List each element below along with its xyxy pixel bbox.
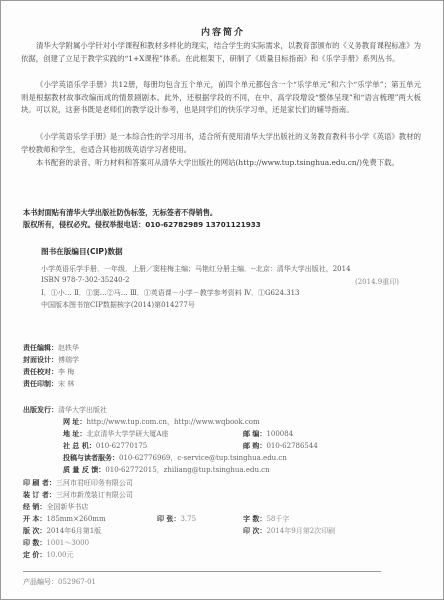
publisher-postcode: 邮 编：100084	[243, 429, 293, 439]
format-line: 开 本：185mm×260mm	[23, 514, 106, 524]
copyright-notice: 版权所有，侵权必究。侵权举报电话：010-62782989 1370112193…	[23, 220, 261, 230]
word-count-line: 字 数：58千字	[243, 514, 289, 524]
impression-line: 印 次：2014年9月第2次印刷	[243, 526, 335, 536]
credit-cover-design: 封面设计：傅瑞学	[23, 355, 79, 365]
summary-paragraph-3: 《小学英语乐学手册》是一本综合性的学习用书，适合所有使用清华大学出版社的义务教育…	[21, 131, 421, 156]
publisher-line: 出版发行：清华大学出版社	[23, 405, 107, 415]
cip-heading: 图书在版编目(CIP)数据	[41, 246, 123, 257]
publisher-reader-service: 投稿与读者服务：010-62776969，c-service@tup.tsing…	[63, 453, 287, 463]
credit-printing-supervisor: 责任印制：宋 林	[23, 379, 74, 389]
cip-line-4: 中国版本图书馆CIP数据核字(2014)第014277号	[41, 300, 195, 310]
binder-line: 装 订 者：三河市新茂装订有限公司	[23, 490, 133, 500]
cip-isbn: ISBN 978-7-302-35240-2	[41, 276, 129, 284]
distributor-line: 经 销：全国新华书店	[23, 502, 88, 512]
edition-line: 版 次：2014年6月第1版	[23, 526, 101, 536]
divider-line	[23, 571, 381, 572]
publisher-mail-order: 邮 购：010-62786544	[243, 441, 318, 451]
copyright-page: 内容简介 清华大学附属小学针对小学课程和教材多样化的现实，结合学生的实际需求，以…	[0, 0, 444, 600]
publisher-address: 地 址：北京清华大学学研大厦A座	[63, 429, 169, 439]
cip-line-3: Ⅰ．①小… Ⅱ．①窦…②马… Ⅲ．①英语课－小学－教学参考资料 Ⅳ．①G624.…	[41, 288, 299, 298]
cip-line-1: 小学英语乐学手册．一年级．上册／窦桂梅主编；马艳红分册主编．--北京：清华大学出…	[41, 264, 351, 274]
sheets-line: 印 张：3.75	[157, 514, 196, 524]
publisher-website: 网 址：http://www.tup.com.cn，http://www.wqb…	[63, 417, 260, 427]
print-run-line: 印 数：1001～3000	[23, 538, 89, 548]
summary-paragraph-1: 清华大学附属小学针对小学课程和教材多样化的现实，结合学生的实际需求，以教育部颁布…	[21, 40, 421, 65]
publisher-switchboard: 社 总 机：010-62770175	[63, 441, 147, 451]
cip-reprint-note: (2014.9重印)	[355, 277, 399, 287]
summary-paragraph-2: 《小学英语乐学手册》共12册，每册均包含五个单元，前四个单元都包含一个“乐学单元…	[21, 79, 421, 117]
publisher-quality-feedback: 质 量 反 馈：010-62772015，zhiliang@tup.tsingh…	[63, 465, 270, 475]
printer-line: 印 刷 者：三河市君旺印务有限公司	[23, 478, 133, 488]
anti-counterfeit-notice: 本书封面贴有清华大学出版社防伪标签，无标签者不得销售。	[23, 208, 217, 218]
summary-title: 内容简介	[1, 25, 444, 38]
credit-proofreader: 责任校对：李 梅	[23, 367, 74, 377]
credit-editor: 责任编辑：赵轶华	[23, 343, 79, 353]
price-line: 定 价：10.00元	[23, 550, 73, 560]
summary-paragraph-4: 本书配套的录音、听力材料和答案可从清华大学出版社的网站(http://www.t…	[21, 157, 421, 170]
product-code: 产品编号：052967-01	[23, 577, 96, 587]
